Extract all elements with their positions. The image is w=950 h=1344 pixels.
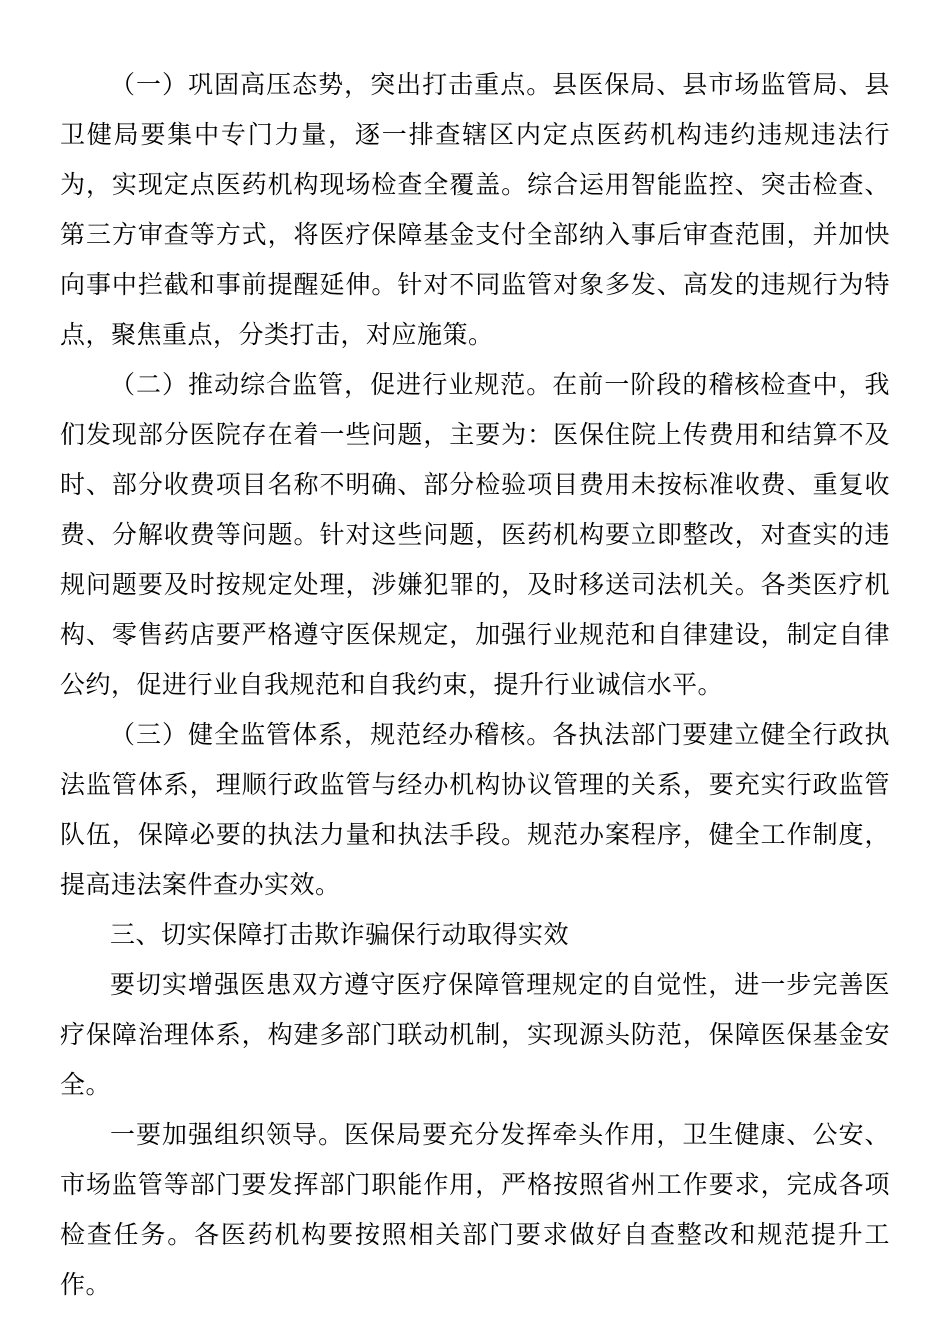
document-body: （一）巩固高压态势，突出打击重点。县医保局、县市场监管局、县卫健局要集中专门力量…	[60, 60, 890, 1310]
document-page: （一）巩固高压态势，突出打击重点。县医保局、县市场监管局、县卫健局要集中专门力量…	[0, 0, 950, 1344]
paragraph-section-1-item-1: （一）巩固高压态势，突出打击重点。县医保局、县市场监管局、县卫健局要集中专门力量…	[60, 60, 890, 360]
paragraph-section-1-item-3: （三）健全监管体系，规范经办稽核。各执法部门要建立健全行政执法监管体系，理顺行政…	[60, 710, 890, 910]
paragraph-section-3-item-1: 一要加强组织领导。医保局要充分发挥牵头作用，卫生健康、公安、市场监管等部门要发挥…	[60, 1110, 890, 1310]
paragraph-section-1-item-2: （二）推动综合监管，促进行业规范。在前一阶段的稽核检查中，我们发现部分医院存在着…	[60, 360, 890, 710]
section-heading-3: 三、切实保障打击欺诈骗保行动取得实效	[60, 910, 890, 960]
paragraph-section-3-intro: 要切实增强医患双方遵守医疗保障管理规定的自觉性，进一步完善医疗保障治理体系，构建…	[60, 960, 890, 1110]
